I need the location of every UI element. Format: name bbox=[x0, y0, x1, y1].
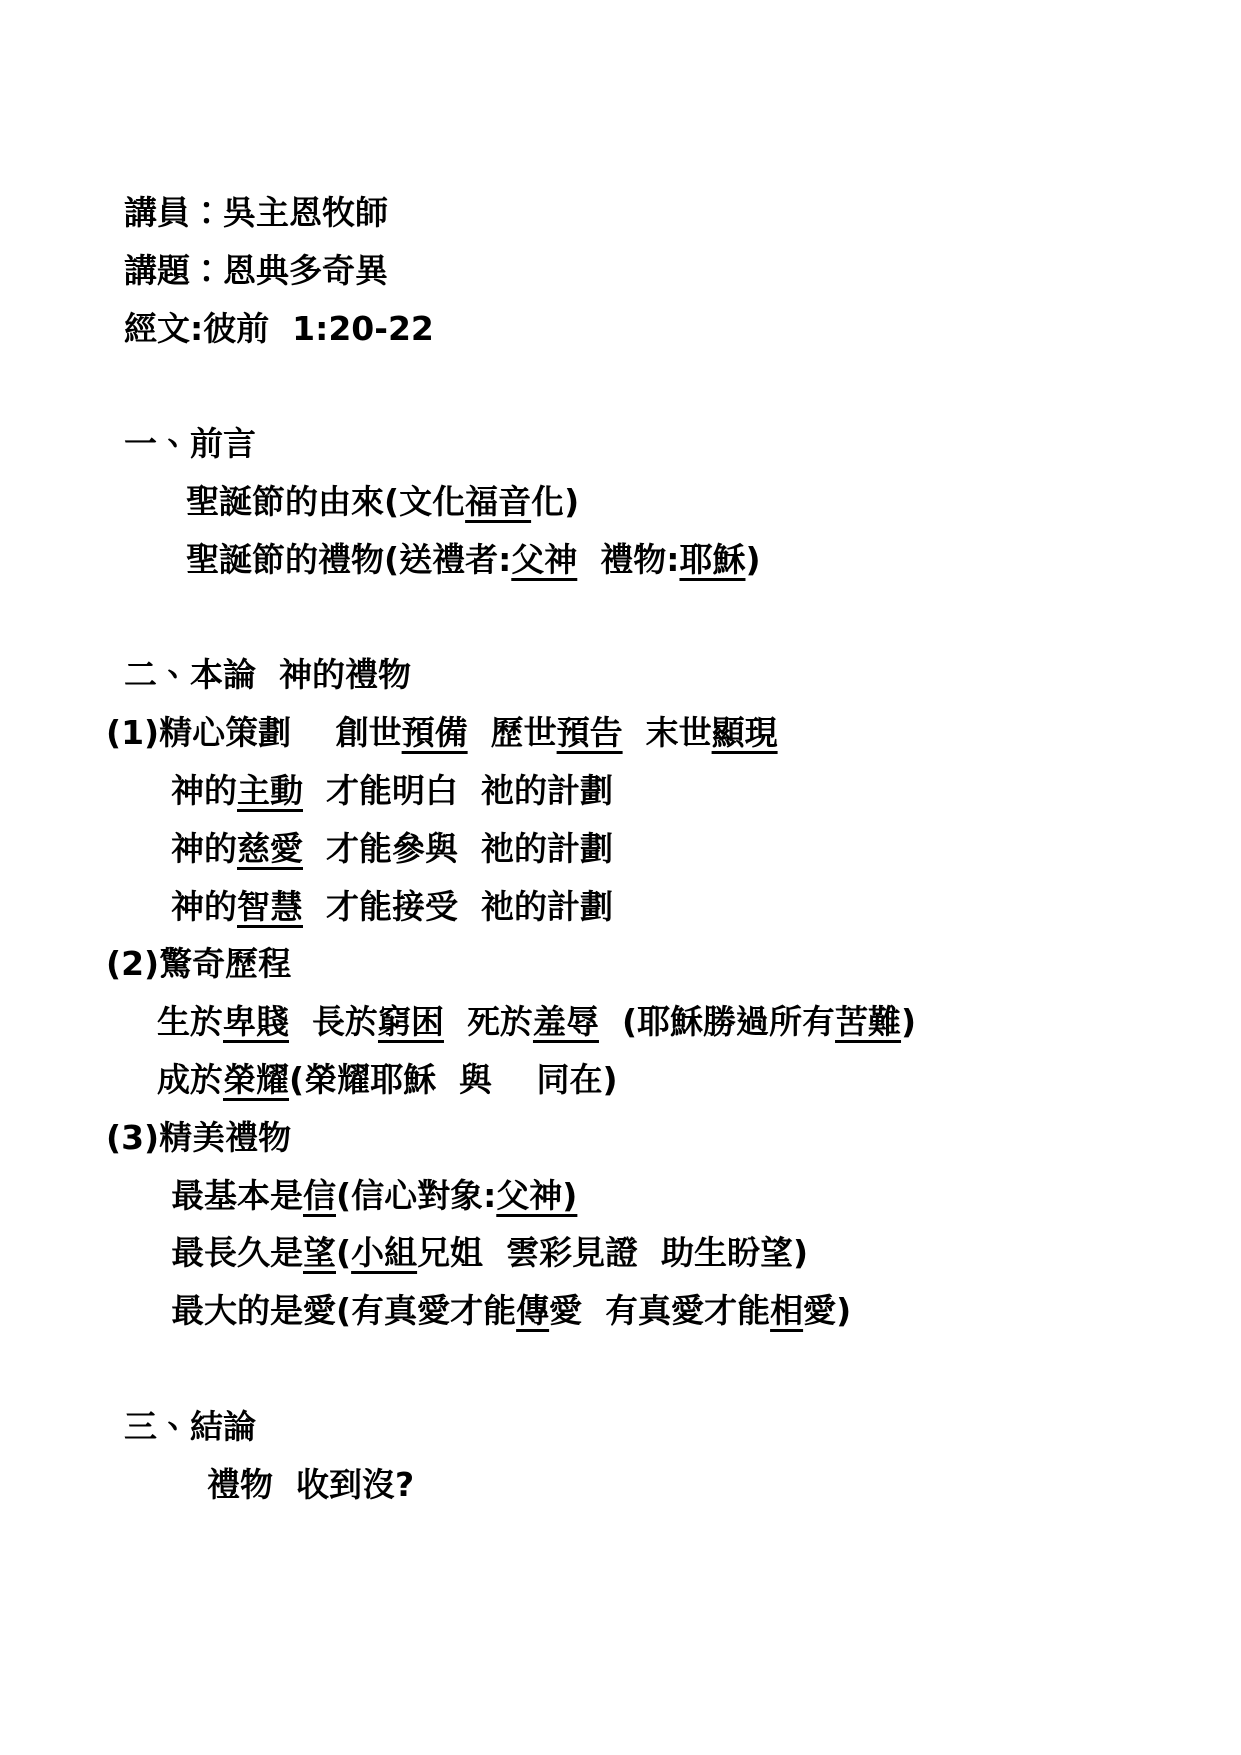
section-1-heading: 一、前言 bbox=[0, 415, 1241, 473]
underlined-text: 傳 bbox=[516, 1291, 549, 1330]
text-segment: 禮物: bbox=[577, 540, 679, 579]
point-2-heading: (2)驚奇歷程 bbox=[0, 935, 1241, 993]
text-segment: 才能明白 祂的計劃 bbox=[303, 771, 613, 810]
text-segment: 二、本論 神的禮物 bbox=[124, 655, 411, 694]
underlined-text: 慈愛 bbox=[237, 829, 303, 868]
underlined-text: 父神 bbox=[511, 540, 577, 579]
underlined-text: 羞辱 bbox=[533, 1002, 599, 1041]
underlined-text: 榮耀 bbox=[223, 1060, 289, 1099]
blank-line-1 bbox=[0, 357, 1241, 415]
underlined-text: 望 bbox=[303, 1233, 336, 1272]
text-segment: 長於 bbox=[289, 1002, 378, 1041]
underlined-text: 卑賤 bbox=[223, 1002, 289, 1041]
text-segment: (信心對象: bbox=[336, 1176, 496, 1215]
point-1-line-initiative: 神的主動 才能明白 祂的計劃 bbox=[0, 762, 1241, 820]
speaker-line: 講員：吳主恩牧師 bbox=[0, 184, 1241, 242]
underlined-text: 福音 bbox=[465, 482, 531, 521]
text-segment: (榮耀耶穌 與 同在) bbox=[289, 1060, 618, 1099]
underlined-text: 父神) bbox=[496, 1176, 577, 1215]
text-segment: ) bbox=[901, 1002, 916, 1041]
underlined-text: 苦難 bbox=[835, 1002, 901, 1041]
text-segment: 最基本是 bbox=[171, 1176, 303, 1215]
text-segment: (1)精心策劃 創世 bbox=[106, 713, 402, 752]
point-3-line-hope: 最長久是望(小組兄姐 雲彩見證 助生盼望) bbox=[0, 1224, 1241, 1282]
underlined-text: 耶穌 bbox=[679, 540, 745, 579]
underlined-text: 信 bbox=[303, 1176, 336, 1215]
text-segment: 三、結論 bbox=[124, 1407, 256, 1446]
text-segment: 末世 bbox=[623, 713, 712, 752]
text-segment: 一、前言 bbox=[124, 424, 256, 463]
text-segment: 最長久是 bbox=[171, 1233, 303, 1272]
text-segment: (耶穌勝過所有 bbox=[599, 1002, 835, 1041]
text-segment: (2)驚奇歷程 bbox=[106, 944, 291, 983]
document-page: 講員：吳主恩牧師講題：恩典多奇異經文:彼前 1:20-22一、前言聖誕節的由來(… bbox=[0, 0, 1241, 1755]
text-segment: 神的 bbox=[171, 771, 237, 810]
text-segment: 神的 bbox=[171, 829, 237, 868]
underlined-text: 預備 bbox=[402, 713, 468, 752]
text-segment: 最大的是愛(有真愛才能 bbox=[171, 1291, 516, 1330]
text-segment: ) bbox=[745, 540, 760, 579]
point-3-line-love: 最大的是愛(有真愛才能傳愛 有真愛才能相愛) bbox=[0, 1282, 1241, 1340]
text-segment: 聖誕節的禮物(送禮者: bbox=[186, 540, 511, 579]
intro-origin-line: 聖誕節的由來(文化福音化) bbox=[0, 473, 1241, 531]
text-segment: 講題：恩典多奇異 bbox=[124, 251, 388, 290]
underlined-text: 相 bbox=[770, 1291, 803, 1330]
text-segment: ( bbox=[336, 1233, 351, 1272]
underlined-text: 智慧 bbox=[237, 887, 303, 926]
text-segment: (3)精美禮物 bbox=[106, 1118, 291, 1157]
text-segment: 神的 bbox=[171, 887, 237, 926]
underlined-text: 顯現 bbox=[712, 713, 778, 752]
text-segment: 兄姐 雲彩見證 助生盼望) bbox=[417, 1233, 808, 1272]
text-segment: 生於 bbox=[157, 1002, 223, 1041]
blank-line-3 bbox=[0, 1340, 1241, 1398]
point-2-line-glory: 成於榮耀(榮耀耶穌 與 同在) bbox=[0, 1051, 1241, 1109]
underlined-text: 窮困 bbox=[378, 1002, 444, 1041]
text-segment: 歷世 bbox=[468, 713, 557, 752]
text-segment: 死於 bbox=[444, 1002, 533, 1041]
text-segment: 化) bbox=[531, 482, 579, 521]
underlined-text: 主動 bbox=[237, 771, 303, 810]
text-segment: 禮物 收到沒? bbox=[207, 1465, 414, 1504]
underlined-text: 預告 bbox=[557, 713, 623, 752]
point-3-heading: (3)精美禮物 bbox=[0, 1109, 1241, 1167]
text-segment: 才能接受 祂的計劃 bbox=[303, 887, 613, 926]
text-segment: 講員：吳主恩牧師 bbox=[124, 193, 388, 232]
text-segment: 才能參與 祂的計劃 bbox=[303, 829, 613, 868]
underlined-text: 小組 bbox=[351, 1233, 417, 1272]
point-1-line-love: 神的慈愛 才能參與 祂的計劃 bbox=[0, 820, 1241, 878]
point-2-line-born: 生於卑賤 長於窮困 死於羞辱 (耶穌勝過所有苦難) bbox=[0, 993, 1241, 1051]
point-1-line-wisdom: 神的智慧 才能接受 祂的計劃 bbox=[0, 878, 1241, 936]
scripture-line: 經文:彼前 1:20-22 bbox=[0, 300, 1241, 358]
point-1-heading: (1)精心策劃 創世預備 歷世預告 末世顯現 bbox=[0, 704, 1241, 762]
text-segment: 愛 有真愛才能 bbox=[549, 1291, 770, 1330]
text-segment: 聖誕節的由來(文化 bbox=[186, 482, 465, 521]
point-3-line-faith: 最基本是信(信心對象:父神) bbox=[0, 1167, 1241, 1225]
text-segment: 經文:彼前 1:20-22 bbox=[124, 309, 434, 348]
intro-gift-line: 聖誕節的禮物(送禮者:父神 禮物:耶穌) bbox=[0, 531, 1241, 589]
section-2-heading: 二、本論 神的禮物 bbox=[0, 646, 1241, 704]
blank-line-2 bbox=[0, 589, 1241, 647]
sermon-outline: 講員：吳主恩牧師講題：恩典多奇異經文:彼前 1:20-22一、前言聖誕節的由來(… bbox=[0, 0, 1241, 1755]
section-3-heading: 三、結論 bbox=[0, 1398, 1241, 1456]
topic-line: 講題：恩典多奇異 bbox=[0, 242, 1241, 300]
conclusion-question: 禮物 收到沒? bbox=[0, 1456, 1241, 1514]
text-segment: 愛) bbox=[803, 1291, 851, 1330]
text-segment: 成於 bbox=[157, 1060, 223, 1099]
